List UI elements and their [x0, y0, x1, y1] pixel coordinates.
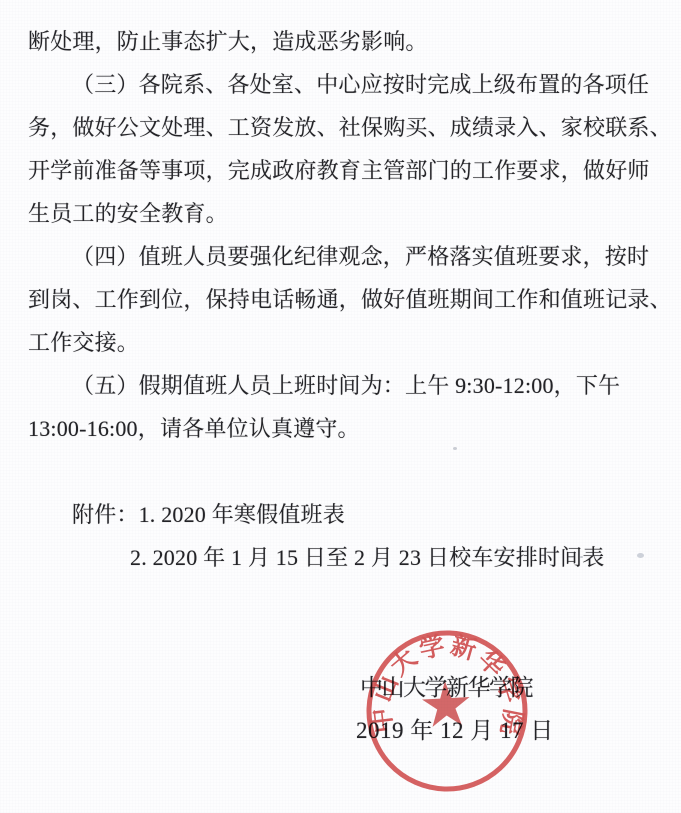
signature-block: 中山大学新华学院 2019 年 12 月 17 日	[356, 666, 554, 752]
body-line: 工作交接。	[28, 321, 663, 364]
scan-speck	[580, 556, 583, 558]
body-line: （四）值班人员要强化纪律观念，严格落实值班要求，按时	[28, 235, 663, 278]
body-line: 断处理，防止事态扩大，造成恶劣影响。	[28, 20, 663, 63]
attachments-list: 附件：1. 2020 年寒假值班表 2. 2020 年 1 月 15 日至 2 …	[28, 493, 663, 579]
body-line: 到岗、工作到位，保持电话畅通，做好值班期间工作和值班记录、	[28, 278, 663, 321]
scanned-notice-page: 断处理，防止事态扩大，造成恶劣影响。 （三）各院系、各处室、中心应按时完成上级布…	[0, 0, 681, 813]
body-line: 生员工的安全教育。	[28, 192, 663, 235]
body-line: 务，做好公文处理、工资发放、社保购买、成绩录入、家校联系、	[28, 106, 663, 149]
body-line: （五）假期值班人员上班时间为：上午 9:30-12:00，下午	[28, 364, 663, 407]
signature-organization: 中山大学新华学院	[360, 666, 554, 709]
notice-body: 断处理，防止事态扩大，造成恶劣影响。 （三）各院系、各处室、中心应按时完成上级布…	[28, 20, 663, 450]
signature-date: 2019 年 12 月 17 日	[356, 709, 554, 752]
attachment-item-2: 2. 2020 年 1 月 15 日至 2 月 23 日校车安排时间表	[130, 536, 663, 579]
attachment-item-1: 附件：1. 2020 年寒假值班表	[72, 493, 663, 536]
body-line: 开学前准备等事项，完成政府教育主管部门的工作要求，做好师	[28, 149, 663, 192]
body-line: （三）各院系、各处室、中心应按时完成上级布置的各项任	[28, 63, 663, 106]
scan-speck	[453, 447, 457, 450]
scan-speck	[637, 553, 644, 558]
body-line: 13:00-16:00，请各单位认真遵守。	[28, 407, 663, 450]
